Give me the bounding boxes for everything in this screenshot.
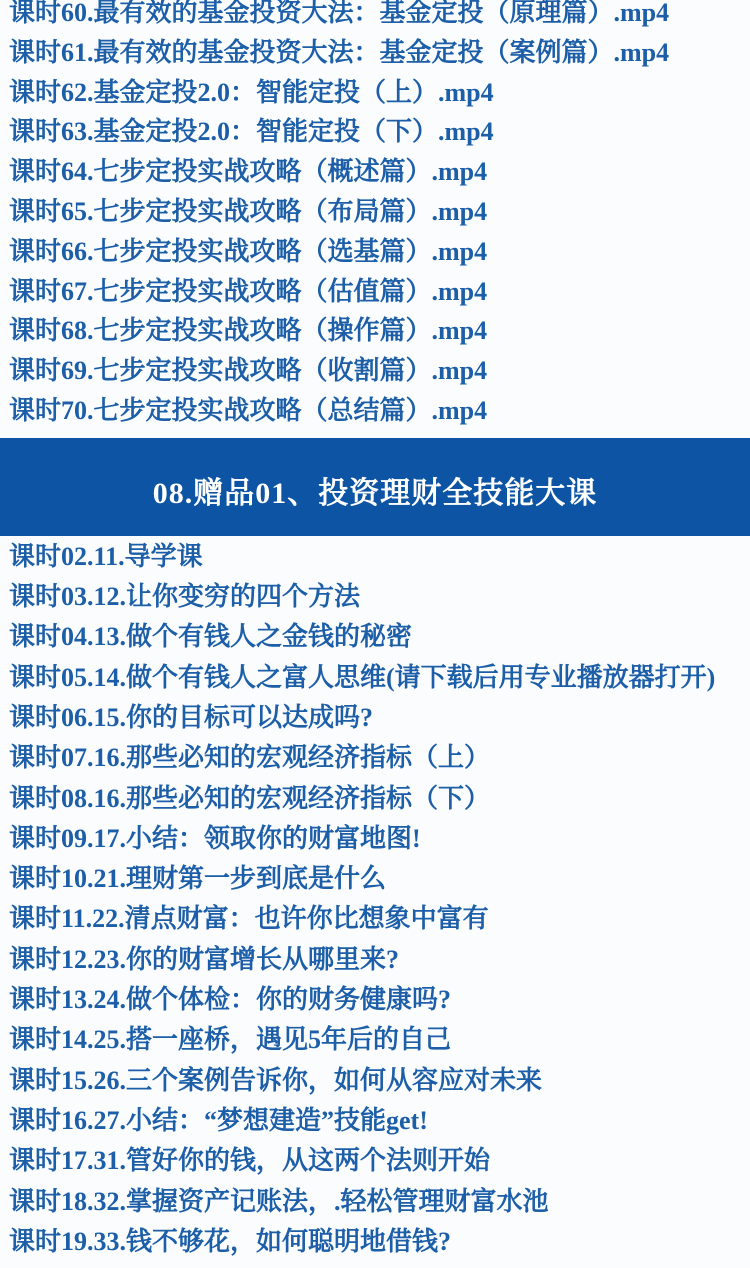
- course-item: 课时06.15.你的目标可以达成吗?: [9, 698, 750, 738]
- section-banner-title: 08.赠品01、投资理财全技能大课: [153, 468, 598, 512]
- course-item: 课时68.七步定投实战攻略（操作篇）.mp4: [9, 311, 750, 351]
- course-item: 课时09.17.小结：领取你的财富地图!: [9, 819, 750, 859]
- course-item: 课时11.22.清点财富：也许你比想象中富有: [9, 899, 750, 939]
- course-item: 课时17.31.管好你的钱，从这两个法则开始: [9, 1141, 750, 1181]
- course-item: 课时05.14.做个有钱人之富人思维(请下载后用专业播放器打开): [9, 658, 750, 698]
- course-item: 课时03.12.让你变穷的四个方法: [9, 577, 750, 617]
- course-item: 课时60.最有效的基金投资大法：基金定投（原理篇）.mp4: [9, 0, 750, 33]
- course-item: 课时18.32.掌握资产记账法，.轻松管理财富水池: [9, 1182, 750, 1222]
- course-list-bottom: 课时02.11.导学课课时03.12.让你变穷的四个方法课时04.13.做个有钱…: [0, 536, 750, 1262]
- course-item: 课时63.基金定投2.0：智能定投（下）.mp4: [9, 112, 750, 152]
- course-item: 课时67.七步定投实战攻略（估值篇）.mp4: [9, 272, 750, 312]
- course-item: 课时13.24.做个体检：你的财务健康吗?: [9, 980, 750, 1020]
- course-item: 课时15.26.三个案例告诉你，如何从容应对未来: [9, 1061, 750, 1101]
- course-item: 课时65.七步定投实战攻略（布局篇）.mp4: [9, 192, 750, 232]
- course-item: 课时69.七步定投实战攻略（收割篇）.mp4: [9, 351, 750, 391]
- course-item: 课时70.七步定投实战攻略（总结篇）.mp4: [9, 391, 750, 431]
- course-listing-page: 课时60.最有效的基金投资大法：基金定投（原理篇）.mp4课时61.最有效的基金…: [0, 0, 750, 1268]
- course-item: 课时64.七步定投实战攻略（概述篇）.mp4: [9, 152, 750, 192]
- course-item: 课时19.33.钱不够花，如何聪明地借钱?: [9, 1222, 750, 1262]
- section-banner: 08.赠品01、投资理财全技能大课: [0, 438, 750, 536]
- course-item: 课时61.最有效的基金投资大法：基金定投（案例篇）.mp4: [9, 33, 750, 73]
- course-item: 课时62.基金定投2.0：智能定投（上）.mp4: [9, 73, 750, 113]
- course-item: 课时04.13.做个有钱人之金钱的秘密: [9, 617, 750, 657]
- course-item: 课时12.23.你的财富增长从哪里来?: [9, 940, 750, 980]
- course-item: 课时07.16.那些必知的宏观经济指标（上）: [9, 738, 750, 778]
- course-item: 课时02.11.导学课: [9, 537, 750, 577]
- course-item: 课时66.七步定投实战攻略（选基篇）.mp4: [9, 232, 750, 272]
- course-item: 课时16.27.小结：“梦想建造”技能get!: [9, 1101, 750, 1141]
- course-item: 课时08.16.那些必知的宏观经济指标（下）: [9, 779, 750, 819]
- course-list-top: 课时60.最有效的基金投资大法：基金定投（原理篇）.mp4课时61.最有效的基金…: [0, 0, 750, 431]
- course-item: 课时10.21.理财第一步到底是什么: [9, 859, 750, 899]
- course-item: 课时14.25.搭一座桥，遇见5年后的自己: [9, 1020, 750, 1060]
